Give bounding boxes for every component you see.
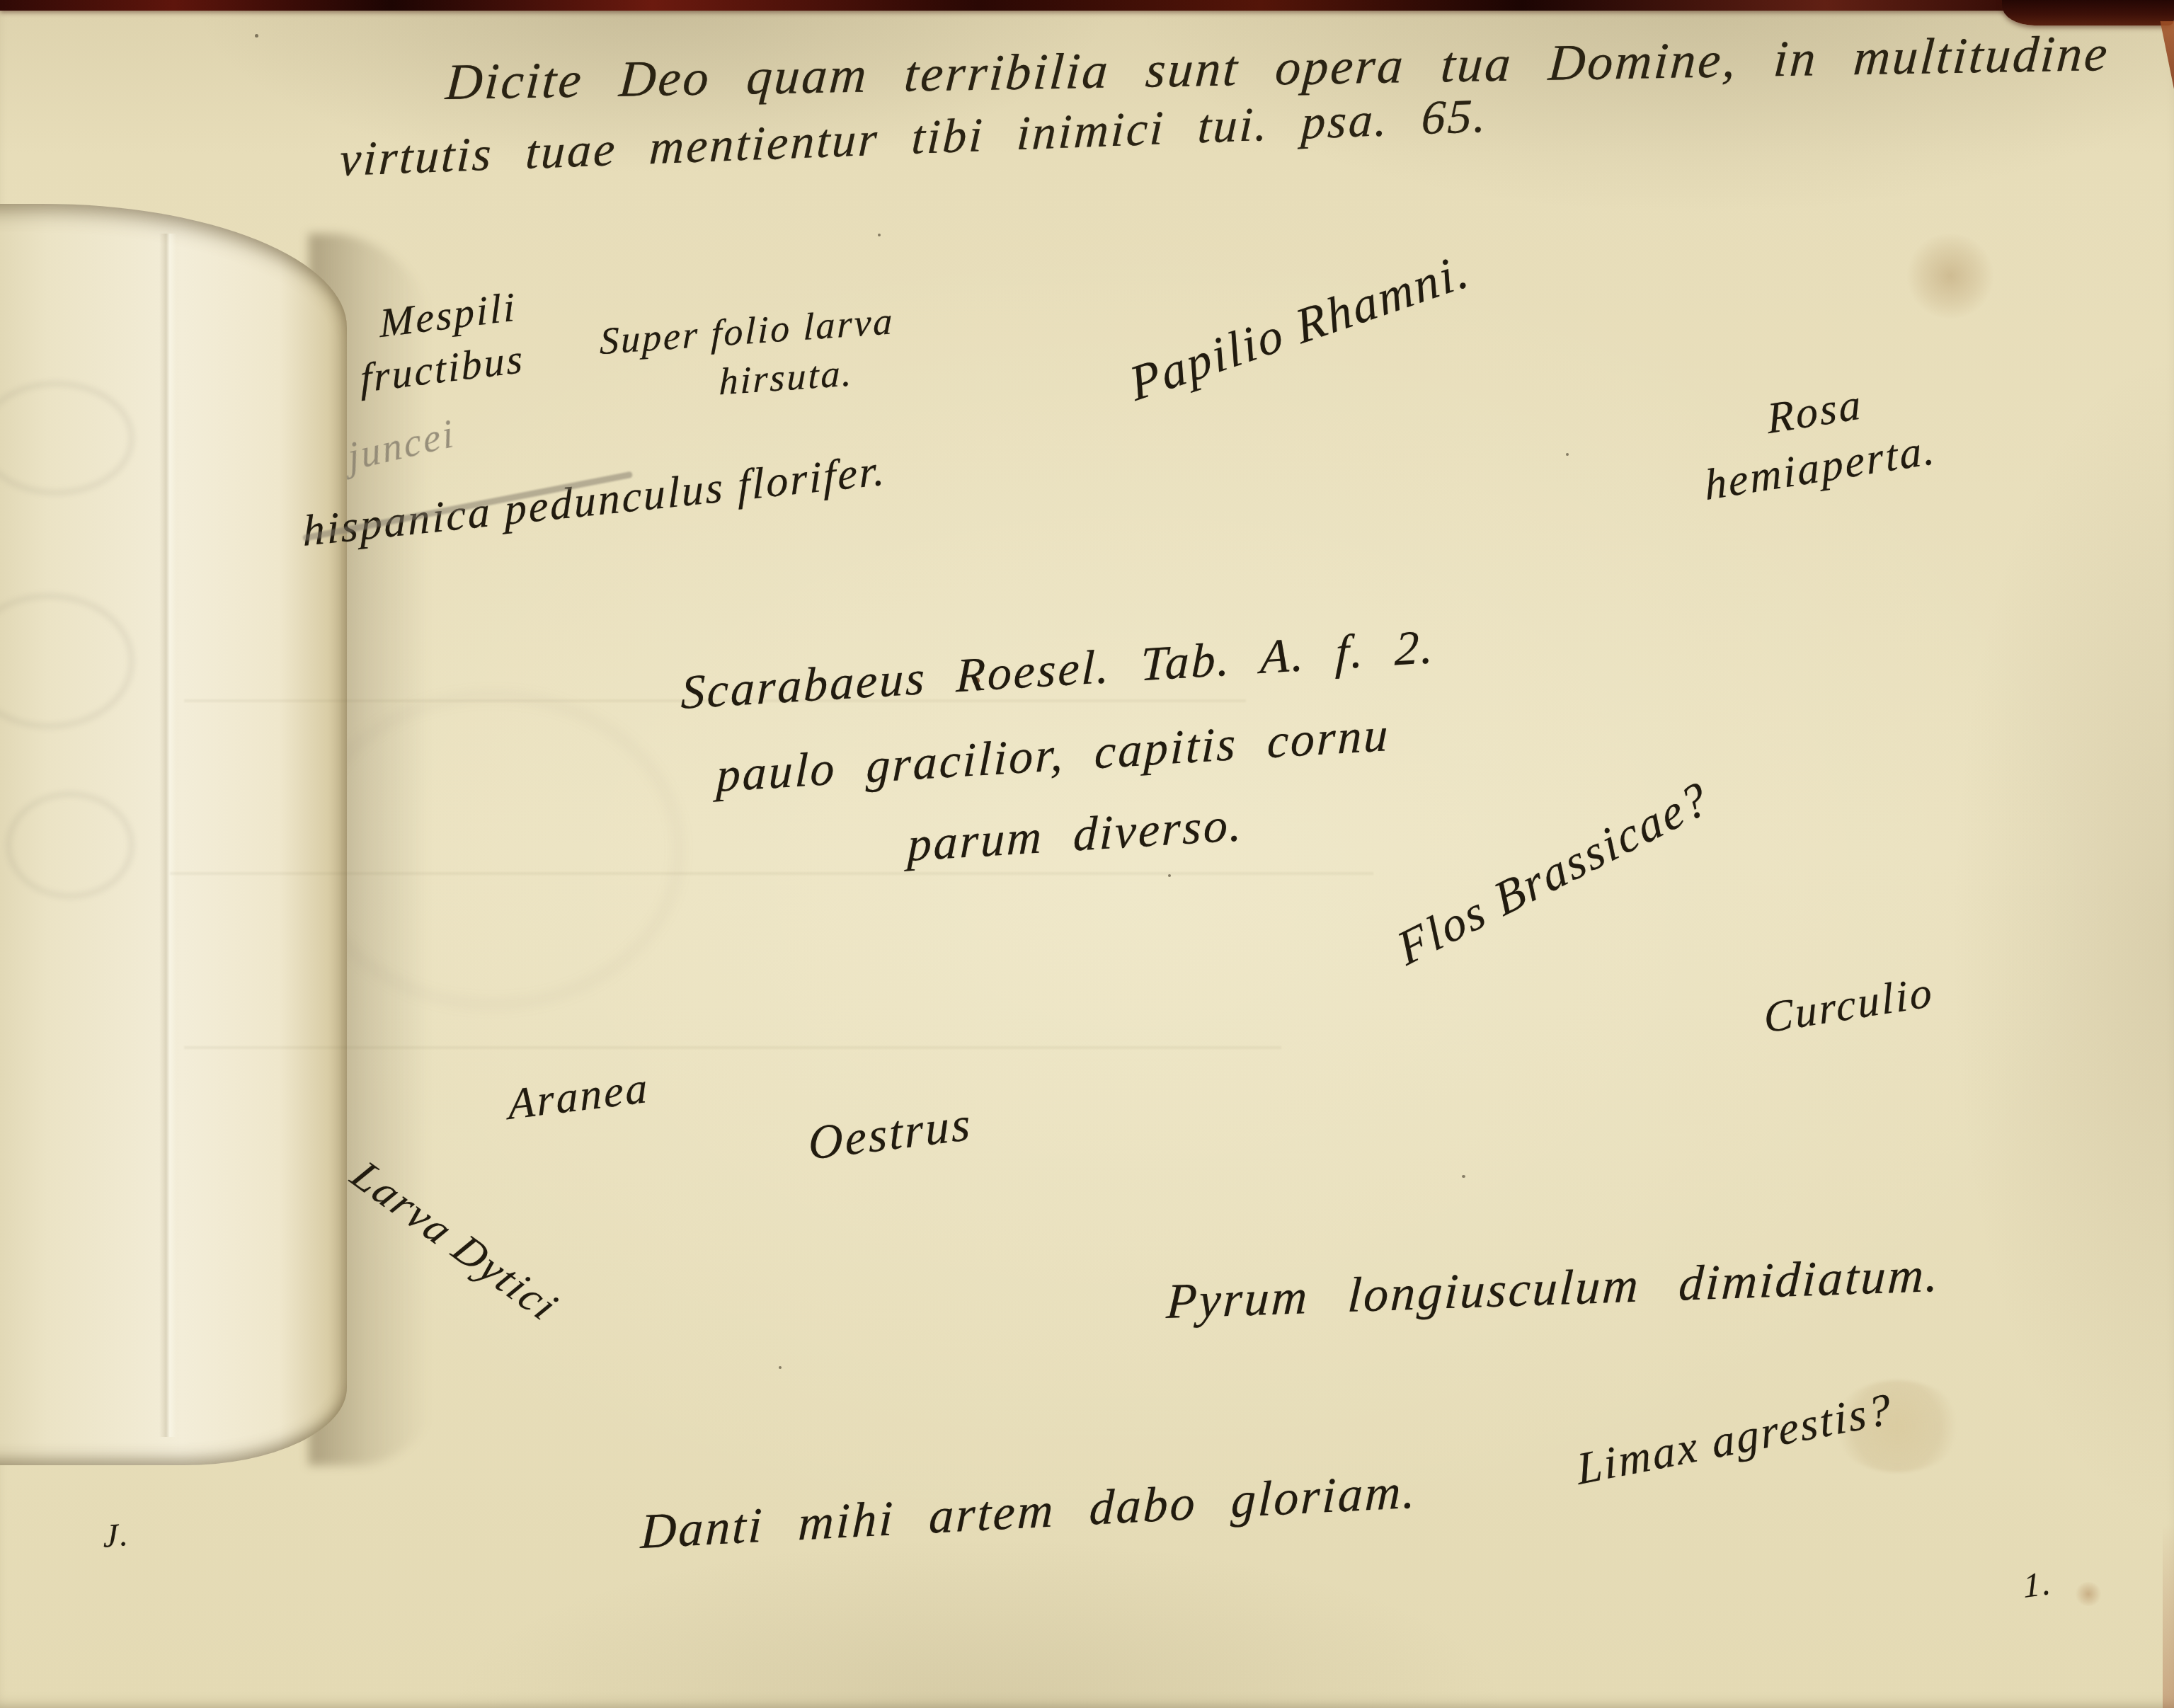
paper-stain bbox=[2074, 1582, 2103, 1606]
ink-speck bbox=[255, 34, 258, 38]
annotation-oestrus: Oestrus bbox=[807, 1093, 973, 1175]
annotation-flos: Flos Brassicae? bbox=[1389, 767, 1718, 980]
ink-speck bbox=[1168, 874, 1171, 877]
motto-line: Danti mihi artem dabo gloriam. bbox=[639, 1460, 1418, 1564]
ink-speck bbox=[878, 234, 881, 236]
ink-speck bbox=[1566, 453, 1569, 456]
cover-corner-top-right bbox=[2153, 21, 2174, 89]
annotation-pyrum: Pyrum longiusculum dimidiatum. bbox=[1165, 1244, 1942, 1334]
paper-stain bbox=[1904, 234, 1996, 319]
ghost-sketch bbox=[7, 793, 133, 898]
annotation-aranea: Aranea bbox=[508, 1060, 651, 1133]
ink-speck bbox=[779, 1366, 782, 1369]
ink-speck bbox=[1462, 1175, 1465, 1178]
book-binding-top-edge bbox=[0, 0, 2174, 11]
annotation-super-folio: Super folio larva hirsuta. bbox=[599, 297, 895, 415]
annotation-rosa: Rosa hemiaperta. bbox=[1699, 365, 1938, 515]
folio-number-right: 1. bbox=[2023, 1561, 2054, 1608]
annotation-curculio: Curculio bbox=[1762, 964, 1935, 1047]
paper-crease bbox=[184, 1046, 1281, 1049]
annotation-scarabaeus-line2: paulo gracilior, capitis cornu bbox=[716, 704, 1391, 807]
annotation-mespili: Mespili fructibus bbox=[379, 280, 525, 403]
page-curl-ridge bbox=[159, 234, 176, 1437]
folio-mark-left: J. bbox=[103, 1513, 130, 1557]
manuscript-page: Dicite Deo quam terribilia sunt opera tu… bbox=[0, 0, 2174, 1708]
paper-crease bbox=[170, 872, 1373, 875]
annotation-papilio: Papilio Rhamni. bbox=[1123, 239, 1476, 416]
cover-edge-bottom-right bbox=[2163, 1524, 2174, 1708]
annotation-limax: Limax agrestis? bbox=[1574, 1380, 1896, 1498]
annotation-scarabaeus-line3: parum diverso. bbox=[907, 793, 1245, 876]
